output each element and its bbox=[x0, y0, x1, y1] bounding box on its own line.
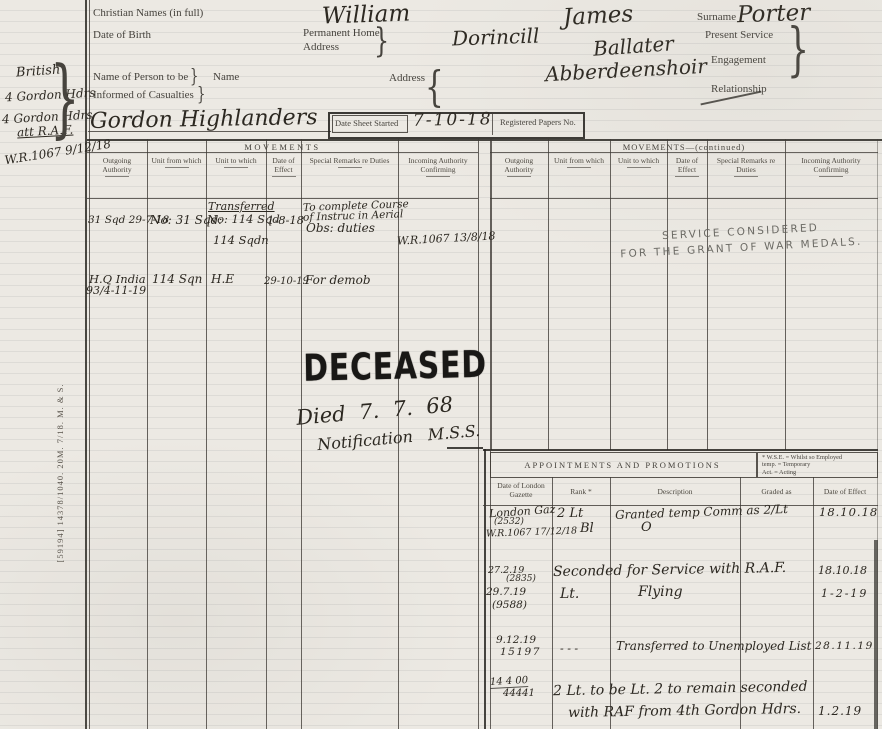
appt-row2-date-line2: 1-2-19 bbox=[821, 587, 868, 600]
date-sheet-divider bbox=[492, 112, 493, 135]
movements2-col-line bbox=[667, 139, 668, 450]
col-header-outgoing-authority-2: Outgoing Authority bbox=[491, 156, 547, 177]
movements-col-line bbox=[206, 139, 207, 729]
appointments-key: * W.S.E. = Whilst so Employed temp. = Te… bbox=[762, 454, 876, 476]
movement-row1-date: 1-8-18 bbox=[267, 213, 304, 227]
movement-row2-date: 29-10-19 bbox=[264, 276, 309, 287]
col-header-rank: Rank * bbox=[553, 487, 609, 496]
appt-row3-date: 28.11.19 bbox=[815, 640, 874, 652]
person-informed-label-line2: Informed of Casualties bbox=[93, 89, 194, 101]
margin-brace: } bbox=[50, 56, 80, 141]
christian-name-value-2: James bbox=[562, 1, 633, 31]
surname-label: Surname bbox=[697, 11, 736, 23]
col-header-london-gazette: Date of London Gazette bbox=[491, 481, 551, 499]
form-print-code: [59194] 14378/1040. 20M. 7/18. M. & S. bbox=[55, 323, 65, 623]
name-label: Name bbox=[213, 71, 239, 83]
appt-row2-description-line1: Seconded for Service with R.A.F. bbox=[553, 560, 786, 580]
appt-row2-gazette-line2: (2835) bbox=[506, 574, 536, 584]
person-informed-label-line1: Name of Person to be bbox=[93, 71, 188, 83]
scan-edge-shadow bbox=[874, 540, 878, 729]
appt-row3-gazette-line1: 9.12.19 bbox=[496, 634, 536, 646]
appt-row2-rank: Lt. bbox=[560, 586, 579, 602]
regiment-underline bbox=[88, 131, 331, 132]
date-sheet-started-label: Date Sheet Started bbox=[335, 118, 398, 128]
present-service-label: Present Service bbox=[705, 29, 773, 41]
movements2-col-line bbox=[548, 139, 549, 450]
home-address-line3: Abberdeenshoir bbox=[544, 54, 707, 86]
movement-row2-remarks: For demob bbox=[305, 273, 371, 287]
christian-names-label: Christian Names (in full) bbox=[93, 7, 203, 19]
appt-row4-gazette-line1: 14 4 00 bbox=[490, 675, 529, 689]
appointments-title: APPOINTMENTS AND PROMOTIONS bbox=[490, 460, 755, 470]
movements-col-line bbox=[147, 139, 148, 729]
movements-title: MOVEMENTS bbox=[87, 142, 478, 152]
col-header-unit-from-2: Unit from which bbox=[549, 156, 609, 168]
movement-row1-incoming: W.R.1067 13/8/18 bbox=[397, 229, 496, 247]
movements2-col-line bbox=[707, 139, 708, 450]
war-medals-stamp: SERVICE CONSIDERED FOR THE GRANT OF WAR … bbox=[606, 217, 875, 263]
movements2-left-edge bbox=[490, 139, 492, 450]
col-header-incoming-authority-2: Incoming Authority Confirming bbox=[786, 156, 876, 177]
address-label: Address bbox=[389, 72, 425, 84]
appt-row4-date: 1.2.19 bbox=[818, 704, 862, 718]
movements2-col-line bbox=[610, 139, 611, 450]
col-header-outgoing-authority: Outgoing Authority bbox=[88, 156, 146, 177]
date-of-birth-label: Date of Birth bbox=[93, 29, 151, 41]
movements2-right-edge bbox=[877, 139, 878, 450]
movements-header-bottom-left bbox=[87, 198, 478, 199]
movement-row2-unit-from: 114 Sqn bbox=[152, 272, 202, 286]
col-header-unit-from: Unit from which bbox=[148, 156, 205, 168]
movement-row1-remarks-line3: Obs: duties bbox=[306, 221, 375, 235]
christian-name-value-1: William bbox=[322, 0, 411, 29]
engagement-label: Engagement bbox=[711, 54, 766, 66]
appt-row3-description: Transferred to Unemployed List bbox=[616, 639, 812, 653]
appt-row3-gazette-line2: 15197 bbox=[500, 646, 541, 658]
appt-row1-description-line2: O bbox=[641, 520, 652, 535]
appt-row2-gazette-line4: (9588) bbox=[492, 599, 527, 611]
movements2-col-line bbox=[785, 139, 786, 450]
section-connector-line bbox=[447, 447, 483, 449]
appt-row1-rank-line1: 2 Lt bbox=[557, 506, 583, 521]
appt-row1-rank-line2: Bl bbox=[580, 521, 594, 536]
date-sheet-started-value: 7-10-18 bbox=[413, 109, 493, 130]
appt-row1-date: 18.10.18 bbox=[819, 505, 878, 519]
permanent-home-brace: } bbox=[374, 24, 389, 58]
deceased-stamp: DECEASED bbox=[303, 342, 487, 390]
col-header-unit-to: Unit to which bbox=[207, 156, 265, 168]
appt-row1-gazette-line3: W.R.1067 17/12/18 bbox=[486, 525, 578, 539]
appt-row4-description-line2: with RAF from 4th Gordon Hdrs. bbox=[568, 701, 801, 721]
movement-row2-outgoing-line2: 93/4-11-19 bbox=[86, 284, 146, 297]
appt-row4-description-line1: 2 Lt. to be Lt. 2 to remain seconded bbox=[553, 679, 808, 699]
service-record-card: British 4 Gordon Hdrs 4 Gordon Hdrs att … bbox=[0, 0, 882, 729]
permanent-home-address-label: Address bbox=[303, 41, 339, 53]
home-address-line1: Dorincill bbox=[452, 23, 540, 50]
appointments-key-line3: Act. = Acting bbox=[762, 469, 876, 476]
col-header-graded-as: Graded as bbox=[741, 487, 812, 496]
regiment-value: Gordon Highlanders bbox=[90, 105, 318, 134]
registered-papers-label: Registered Papers No. bbox=[500, 117, 576, 127]
address-brace: { bbox=[425, 66, 444, 108]
col-header-unit-to-2: Unit to which bbox=[611, 156, 666, 168]
col-header-description: Description bbox=[611, 487, 739, 496]
movements-title-underline-left bbox=[87, 152, 478, 153]
person-informed-brace-2: } bbox=[197, 85, 205, 104]
appt-row2-description-line2: Flying bbox=[638, 584, 683, 600]
appointments-key-line1: * W.S.E. = Whilst so Employed bbox=[762, 454, 876, 461]
appt-row2-date-line1: 18.10.18 bbox=[818, 564, 867, 577]
movement-row2-unit-to: H.E bbox=[211, 272, 234, 286]
movements-col-line bbox=[301, 139, 302, 729]
movement-row1-unit-to-line3: 114 Sqdn bbox=[213, 233, 269, 247]
col-header-appt-date-of-effect: Date of Effect bbox=[814, 487, 876, 496]
appt-row3-rank: - - - bbox=[560, 642, 578, 655]
appt-row4-gazette-line2: 44441 bbox=[503, 688, 535, 699]
col-header-special-remarks-2: Special Remarks re Duties bbox=[708, 156, 784, 177]
col-header-special-remarks: Special Remarks re Duties bbox=[302, 156, 397, 168]
col-header-date-of-effect: Date of Effect bbox=[267, 156, 300, 177]
movements-col-line bbox=[266, 139, 267, 729]
appt-row2-gazette-line3: 29.7.19 bbox=[486, 586, 526, 598]
col-header-incoming-authority: Incoming Authority Confirming bbox=[399, 156, 477, 177]
surname-value: Porter bbox=[737, 0, 811, 28]
appointments-col-line bbox=[813, 477, 814, 729]
appointments-top-border bbox=[483, 449, 878, 451]
service-block-brace: } bbox=[787, 20, 809, 78]
appt-row1-gazette-line2: (2532) bbox=[494, 517, 524, 527]
col-header-date-of-effect-2: Date of Effect bbox=[668, 156, 706, 177]
appointments-key-line2: temp. = Temporary bbox=[762, 461, 876, 468]
